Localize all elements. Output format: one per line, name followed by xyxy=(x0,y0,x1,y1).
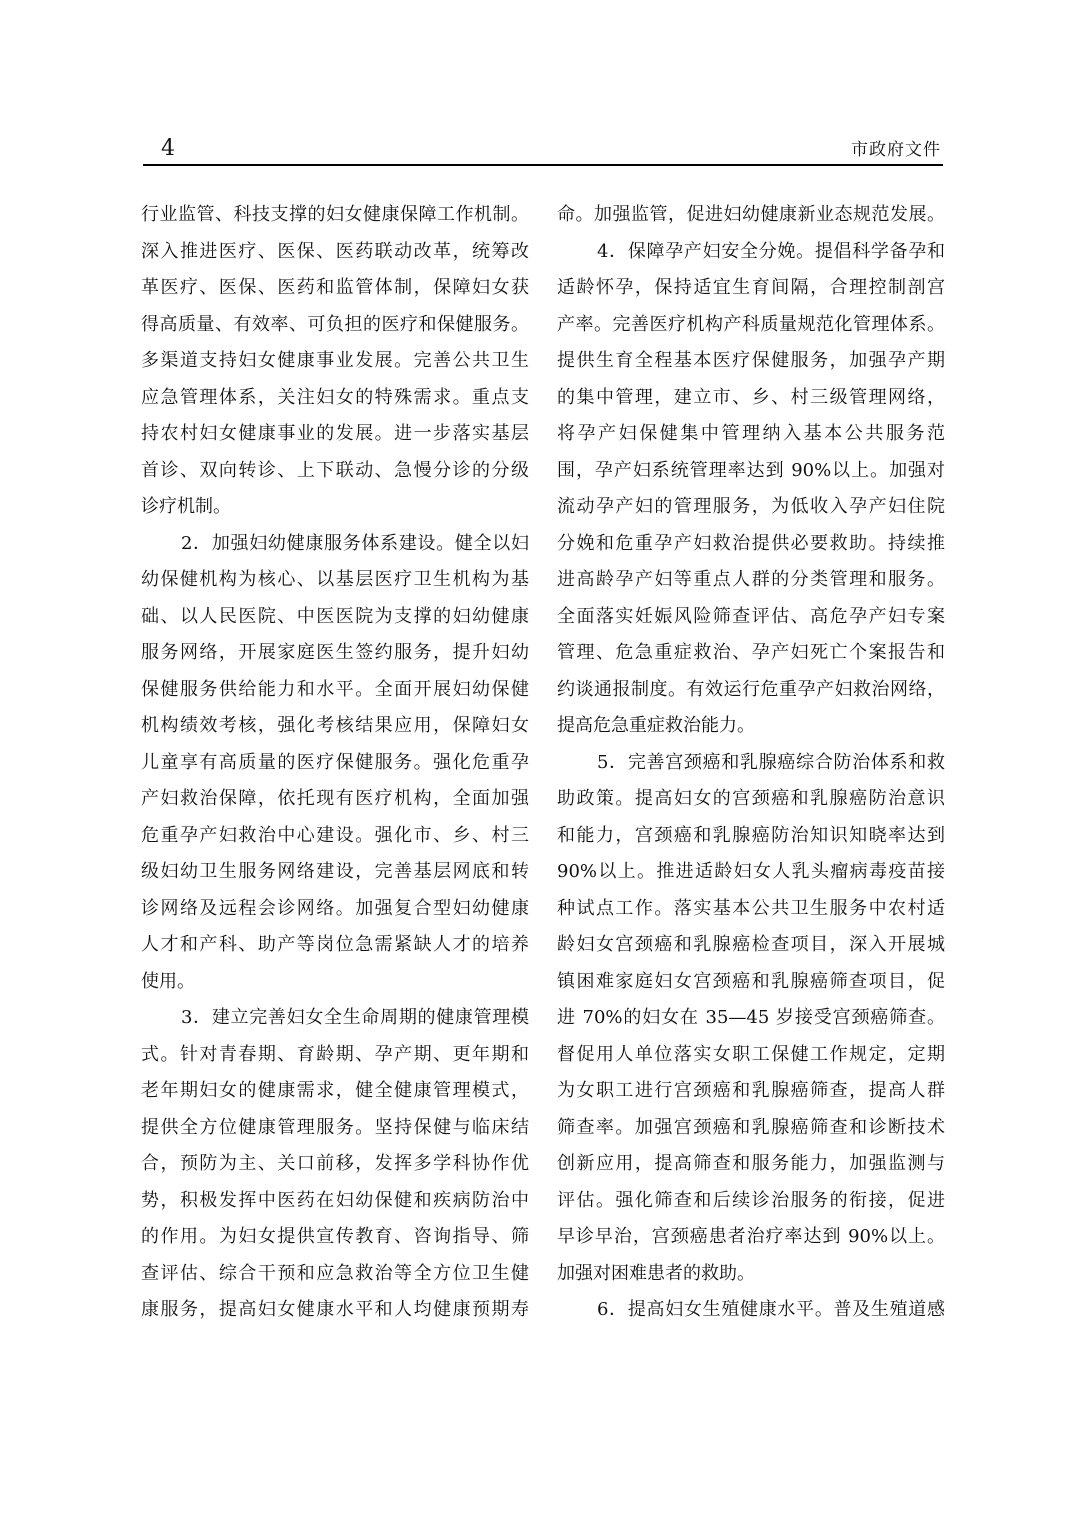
text-line: 和能力，宫颈癌和乳腺癌防治知识知晓率达到 xyxy=(557,818,945,855)
text-line: 诊网络及远程会诊网络。加强复合型妇幼健康 xyxy=(141,891,529,928)
text-line: 诊疗机制。 xyxy=(141,489,529,526)
text-line: 流动孕产妇的管理服务，为低收入孕产妇住院 xyxy=(557,489,945,526)
text-line: 全面落实妊娠风险筛查评估、高危孕产妇专案 xyxy=(557,599,945,636)
text-line: 式。针对青春期、育龄期、孕产期、更年期和 xyxy=(141,1037,529,1074)
right-column: 命。加强监管，促进妇幼健康新业态规范发展。4．保障孕产妇安全分娩。提倡科学备孕和… xyxy=(557,197,945,1329)
text-line: 助政策。提高妇女的宫颈癌和乳腺癌防治意识 xyxy=(557,781,945,818)
text-line: 查评估、综合干预和应急救治等全方位卫生健 xyxy=(141,1256,529,1293)
text-line: 种试点工作。落实基本公共卫生服务中农村适 xyxy=(557,891,945,928)
text-line: 围，孕产妇系统管理率达到 90%以上。加强对 xyxy=(557,453,945,490)
text-line: 命。加强监管，促进妇幼健康新业态规范发展。 xyxy=(557,197,945,234)
text-line: 行业监管、科技支撑的妇女健康保障工作机制。 xyxy=(141,197,529,234)
text-line: 龄妇女宫颈癌和乳腺癌检查项目，深入开展城 xyxy=(557,927,945,964)
text-line: 早诊早治，宫颈癌患者治疗率达到 90%以上。 xyxy=(557,1219,945,1256)
text-line: 的作用。为妇女提供宣传教育、咨询指导、筛 xyxy=(141,1219,529,1256)
text-line: 加强对困难患者的救助。 xyxy=(557,1256,945,1293)
text-line: 管理、危急重症救治、孕产妇死亡个案报告和 xyxy=(557,635,945,672)
text-line: 4．保障孕产妇安全分娩。提倡科学备孕和 xyxy=(557,234,945,271)
document-page: 4 市政府文件 行业监管、科技支撑的妇女健康保障工作机制。深入推进医疗、医保、医… xyxy=(0,0,1074,1520)
text-line: 合，预防为主、关口前移，发挥多学科协作优 xyxy=(141,1146,529,1183)
text-line: 级妇幼卫生服务网络建设，完善基层网底和转 xyxy=(141,854,529,891)
text-line: 适龄怀孕，保持适宜生育间隔，合理控制剖宫 xyxy=(557,270,945,307)
text-line: 5．完善宫颈癌和乳腺癌综合防治体系和救 xyxy=(557,745,945,782)
text-line: 老年期妇女的健康需求，健全健康管理模式， xyxy=(141,1073,529,1110)
text-line: 镇困难家庭妇女宫颈癌和乳腺癌筛查项目，促 xyxy=(557,964,945,1001)
text-line: 保健服务供给能力和水平。全面开展妇幼保健 xyxy=(141,672,529,709)
text-line: 危重孕产妇救治中心建设。强化市、乡、村三 xyxy=(141,818,529,855)
text-line: 提高危急重症救治能力。 xyxy=(557,708,945,745)
text-line: 进高龄孕产妇等重点人群的分类管理和服务。 xyxy=(557,562,945,599)
text-line: 多渠道支持妇女健康事业发展。完善公共卫生 xyxy=(141,343,529,380)
text-line: 约谈通报制度。有效运行危重孕产妇救治网络， xyxy=(557,672,945,709)
text-line: 础、以人民医院、中医医院为支撑的妇幼健康 xyxy=(141,599,529,636)
text-line: 2．加强妇幼健康服务体系建设。健全以妇 xyxy=(141,526,529,563)
text-line: 筛查率。加强宫颈癌和乳腺癌筛查和诊断技术 xyxy=(557,1110,945,1147)
text-line: 人才和产科、助产等岗位急需紧缺人才的培养 xyxy=(141,927,529,964)
page-number: 4 xyxy=(143,136,175,162)
text-line: 应急管理体系，关注妇女的特殊需求。重点支 xyxy=(141,380,529,417)
text-line: 革医疗、医保、医药和监管体制，保障妇女获 xyxy=(141,270,529,307)
header-doc-type: 市政府文件 xyxy=(851,138,943,162)
text-line: 持农村妇女健康事业的发展。进一步落实基层 xyxy=(141,416,529,453)
document-body: 行业监管、科技支撑的妇女健康保障工作机制。深入推进医疗、医保、医药联动改革，统筹… xyxy=(141,197,945,1329)
text-line: 产率。完善医疗机构产科质量规范化管理体系。 xyxy=(557,307,945,344)
text-line: 机构绩效考核，强化考核结果应用，保障妇女 xyxy=(141,708,529,745)
text-line: 6．提高妇女生殖健康水平。普及生殖道感 xyxy=(557,1292,945,1329)
text-line: 势，积极发挥中医药在妇幼保健和疾病防治中 xyxy=(141,1183,529,1220)
header-rule xyxy=(143,164,943,166)
left-column: 行业监管、科技支撑的妇女健康保障工作机制。深入推进医疗、医保、医药联动改革，统筹… xyxy=(141,197,529,1329)
text-line: 的集中管理，建立市、乡、村三级管理网络， xyxy=(557,380,945,417)
text-line: 分娩和危重孕产妇救治提供必要救助。持续推 xyxy=(557,526,945,563)
text-line: 康服务，提高妇女健康水平和人均健康预期寿 xyxy=(141,1292,529,1329)
text-line: 幼保健机构为核心、以基层医疗卫生机构为基 xyxy=(141,562,529,599)
text-line: 提供全方位健康管理服务。坚持保健与临床结 xyxy=(141,1110,529,1147)
text-line: 首诊、双向转诊、上下联动、急慢分诊的分级 xyxy=(141,453,529,490)
text-line: 使用。 xyxy=(141,964,529,1001)
text-line: 服务网络，开展家庭医生签约服务，提升妇幼 xyxy=(141,635,529,672)
text-line: 为女职工进行宫颈癌和乳腺癌筛查，提高人群 xyxy=(557,1073,945,1110)
text-line: 督促用人单位落实女职工保健工作规定，定期 xyxy=(557,1037,945,1074)
text-line: 提供生育全程基本医疗保健服务，加强孕产期 xyxy=(557,343,945,380)
text-line: 将孕产妇保健集中管理纳入基本公共服务范 xyxy=(557,416,945,453)
text-line: 创新应用，提高筛查和服务能力，加强监测与 xyxy=(557,1146,945,1183)
text-line: 3．建立完善妇女全生命周期的健康管理模 xyxy=(141,1000,529,1037)
text-line: 得高质量、有效率、可负担的医疗和保健服务。 xyxy=(141,307,529,344)
text-line: 深入推进医疗、医保、医药联动改革，统筹改 xyxy=(141,234,529,271)
text-line: 90%以上。推进适龄妇女人乳头瘤病毒疫苗接 xyxy=(557,854,945,891)
text-line: 产妇救治保障，依托现有医疗机构，全面加强 xyxy=(141,781,529,818)
text-line: 进 70%的妇女在 35—45 岁接受宫颈癌筛查。 xyxy=(557,1000,945,1037)
page-header: 4 市政府文件 xyxy=(143,136,943,162)
text-line: 儿童享有高质量的医疗保健服务。强化危重孕 xyxy=(141,745,529,782)
text-line: 评估。强化筛查和后续诊治服务的衔接，促进 xyxy=(557,1183,945,1220)
